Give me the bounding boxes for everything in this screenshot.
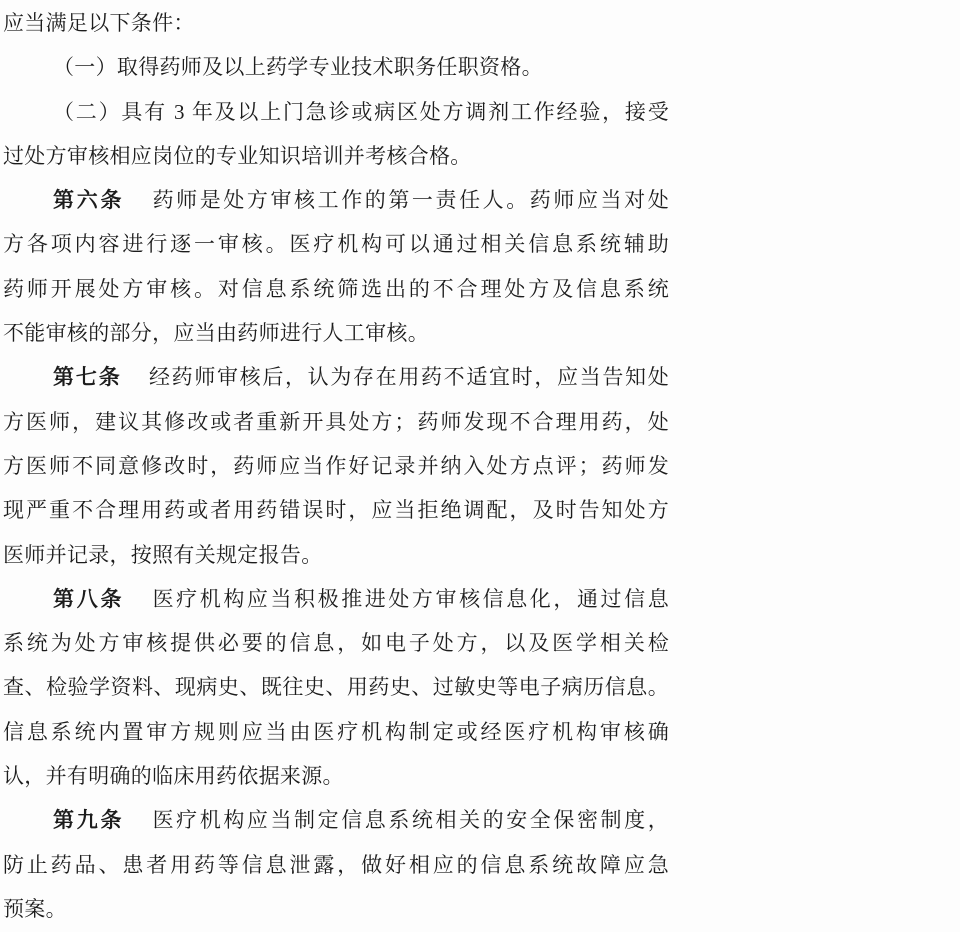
text-segment: 现严重不合理用药或者用药错误时，应当拒绝调配，及时告知处方 <box>3 498 669 522</box>
text-segment: 药师是处方审核工作的第一责任人。药师应当对处 <box>150 188 669 212</box>
document-page: 应当满足以下条件：（一）取得药师及以上药学专业技术职务任职资格。（二）具有 3 … <box>0 0 960 932</box>
text-segment: 信息系统内置审方规则应当由医疗机构制定或经医疗机构审核确 <box>3 720 669 744</box>
text-segment: 查、检验学资料、现病史、既往史、用药史、过敏史等电子病历信息。 <box>3 675 669 699</box>
text-line: 第六条药师是处方审核工作的第一责任人。药师应当对处 <box>3 178 669 222</box>
text-line: 预案。 <box>3 887 669 931</box>
text-line: 方医师，建议其修改或者重新开具处方；药师发现不合理用药，处 <box>3 400 669 444</box>
text-segment: 预案。 <box>3 897 67 921</box>
text-segment: 方各项内容进行逐一审核。医疗机构可以通过相关信息系统辅助 <box>3 232 669 256</box>
heading-gap <box>122 383 148 384</box>
text-line: 过处方审核相应岗位的专业知识培训并考核合格。 <box>3 134 669 178</box>
text-line: 第九条医疗机构应当制定信息系统相关的安全保密制度， <box>3 798 669 842</box>
text-segment: 医师并记录，按照有关规定报告。 <box>3 543 323 567</box>
text-line: 认，并有明确的临床用药依据来源。 <box>3 754 669 798</box>
text-segment: （一）取得药师及以上药学专业技术职务任职资格。 <box>53 55 543 79</box>
text-segment: 经药师审核后，认为存在用药不适宜时，应当告知处 <box>148 365 669 389</box>
text-line: 信息系统内置审方规则应当由医疗机构制定或经医疗机构审核确 <box>3 710 669 754</box>
text-line: 药师开展处方审核。对信息系统筛选出的不合理处方及信息系统 <box>3 267 669 311</box>
heading-gap <box>124 605 150 606</box>
text-segment: 方医师，建议其修改或者重新开具处方；药师发现不合理用药，处 <box>3 410 669 434</box>
text-segment: 方医师不同意修改时，药师应当作好记录并纳入处方点评；药师发 <box>3 454 669 478</box>
text-line: 第八条医疗机构应当积极推进处方审核信息化，通过信息 <box>3 577 669 621</box>
text-line: 防止药品、患者用药等信息泄露，做好相应的信息系统故障应急 <box>3 843 669 887</box>
document-text-column: 应当满足以下条件：（一）取得药师及以上药学专业技术职务任职资格。（二）具有 3 … <box>3 1 669 931</box>
text-line: 医师并记录，按照有关规定报告。 <box>3 533 669 577</box>
text-segment: 防止药品、患者用药等信息泄露，做好相应的信息系统故障应急 <box>3 853 669 877</box>
heading-gap <box>124 206 150 207</box>
text-line: 查、检验学资料、现病史、既往史、用药史、过敏史等电子病历信息。 <box>3 665 669 709</box>
text-segment: 医疗机构应当积极推进处方审核信息化，通过信息 <box>150 587 669 611</box>
article-number: 第九条 <box>53 809 124 832</box>
text-segment: 药师开展处方审核。对信息系统筛选出的不合理处方及信息系统 <box>3 277 669 301</box>
text-line: （一）取得药师及以上药学专业技术职务任职资格。 <box>3 45 669 89</box>
text-segment: 不能审核的部分，应当由药师进行人工审核。 <box>3 321 429 345</box>
text-line: 不能审核的部分，应当由药师进行人工审核。 <box>3 311 669 355</box>
text-segment: （二）具有 3 年及以上门急诊或病区处方调剂工作经验，接受 <box>53 100 669 124</box>
text-line: 方医师不同意修改时，药师应当作好记录并纳入处方点评；药师发 <box>3 444 669 488</box>
text-segment: 应当满足以下条件： <box>3 11 195 35</box>
text-segment: 认，并有明确的临床用药依据来源。 <box>3 764 344 788</box>
text-line: 第七条经药师审核后，认为存在用药不适宜时，应当告知处 <box>3 355 669 399</box>
text-segment: 过处方审核相应岗位的专业知识培训并考核合格。 <box>3 144 472 168</box>
text-line: 方各项内容进行逐一审核。医疗机构可以通过相关信息系统辅助 <box>3 222 669 266</box>
text-line: 应当满足以下条件： <box>3 1 669 45</box>
text-line: （二）具有 3 年及以上门急诊或病区处方调剂工作经验，接受 <box>3 90 669 134</box>
text-segment: 系统为处方审核提供必要的信息，如电子处方，以及医学相关检 <box>3 631 669 655</box>
text-segment: 医疗机构应当制定信息系统相关的安全保密制度， <box>150 808 669 832</box>
article-number: 第八条 <box>53 588 124 611</box>
document-scan: { "page": { "background_color": "#fdfdfd… <box>0 0 960 932</box>
article-number: 第七条 <box>53 366 122 389</box>
heading-gap <box>124 826 150 827</box>
article-number: 第六条 <box>53 189 124 212</box>
text-line: 现严重不合理用药或者用药错误时，应当拒绝调配，及时告知处方 <box>3 488 669 532</box>
text-line: 系统为处方审核提供必要的信息，如电子处方，以及医学相关检 <box>3 621 669 665</box>
